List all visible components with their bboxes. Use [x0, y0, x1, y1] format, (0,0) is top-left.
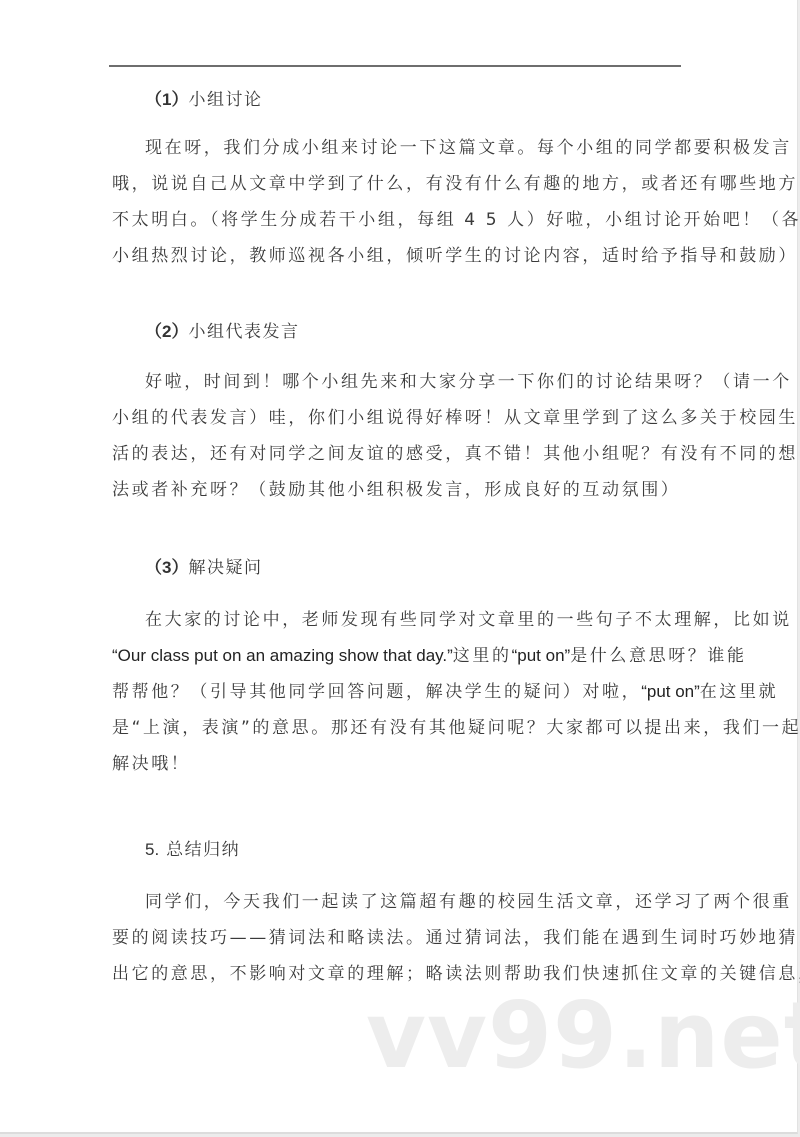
heading-text: 小组代表发言: [188, 322, 299, 342]
heading-number: （1）: [145, 90, 188, 109]
document-page: （1）小组讨论 现在呀，我们分成小组来讨论一下这篇文章。每个小组的同学都要积极发…: [0, 0, 798, 1134]
heading-number: 5.: [145, 840, 159, 859]
heading-number: （3）: [145, 558, 188, 577]
heading-text: 总结归纳: [159, 840, 240, 860]
text-line-mixed: 帮帮他？（引导其他同学回答问题，解决学生的疑问）对啦，“put on”在这里就: [112, 674, 684, 710]
section-heading-summary: 5. 总结归纳: [112, 832, 717, 868]
text-line: 小组的代表发言）哇，你们小组说得好棒呀！从文章里学到了这么多关于校园生: [112, 400, 684, 436]
section-heading-group-discussion: （1）小组讨论: [112, 82, 717, 118]
heading-number: （2）: [145, 322, 188, 341]
section-heading-resolve-questions: （3）解决疑问: [112, 550, 717, 586]
text-fragment: 是什么意思呀？谁能: [570, 646, 746, 666]
paragraph-group-representative: 好啦，时间到！哪个小组先来和大家分享一下你们的讨论结果呀？（请一个 小组的代表发…: [112, 364, 684, 508]
heading-text: 小组讨论: [188, 90, 262, 110]
text-line: 是“上演，表演”的意思。那还有没有其他疑问呢？大家都可以提出来，我们一起: [112, 710, 684, 746]
text-line: 法或者补充呀？（鼓励其他小组积极发言，形成良好的互动氛围）: [112, 472, 684, 508]
text-fragment: 在这里就: [700, 682, 778, 702]
text-line: 哦，说说自己从文章中学到了什么，有没有什么有趣的地方，或者还有哪些地方: [112, 166, 684, 202]
english-quote: “Our class put on an amazing show that d…: [112, 646, 453, 665]
text-line: 活的表达，还有对同学之间友谊的感受，真不错！其他小组呢？有没有不同的想: [112, 436, 684, 472]
english-phrase: “put on”: [641, 682, 700, 701]
paragraph-resolve-questions: 在大家的讨论中，老师发现有些同学对文章里的一些句子不太理解，比如说 “Our c…: [112, 602, 684, 782]
heading-text: 解决疑问: [188, 558, 262, 578]
english-phrase: “put on”: [512, 646, 571, 665]
section-heading-group-representative: （2）小组代表发言: [112, 314, 717, 350]
text-line: 现在呀，我们分成小组来讨论一下这篇文章。每个小组的同学都要积极发言: [112, 130, 684, 166]
header-divider: [109, 65, 681, 67]
text-line: 在大家的讨论中，老师发现有些同学对文章里的一些句子不太理解，比如说: [112, 602, 684, 638]
text-line: 解决哦！: [112, 746, 684, 782]
text-fragment: 帮帮他？（引导其他同学回答问题，解决学生的疑问）对啦，: [112, 682, 641, 702]
text-line: 要的阅读技巧——猜词法和略读法。通过猜词法，我们能在遇到生词时巧妙地猜: [112, 920, 684, 956]
text-line: 同学们，今天我们一起读了这篇超有趣的校园生活文章，还学习了两个很重: [112, 884, 684, 920]
watermark: vv99.net: [366, 990, 800, 1082]
text-fragment: 这里的: [453, 646, 512, 666]
paragraph-group-discussion: 现在呀，我们分成小组来讨论一下这篇文章。每个小组的同学都要积极发言 哦，说说自己…: [112, 130, 684, 274]
text-line: 不太明白。（将学生分成若干小组，每组 4 5 人）好啦，小组讨论开始吧！（各: [112, 202, 684, 238]
text-line-mixed: “Our class put on an amazing show that d…: [112, 638, 684, 674]
paragraph-summary: 同学们，今天我们一起读了这篇超有趣的校园生活文章，还学习了两个很重 要的阅读技巧…: [112, 884, 684, 992]
text-line: 好啦，时间到！哪个小组先来和大家分享一下你们的讨论结果呀？（请一个: [112, 364, 684, 400]
text-line: 小组热烈讨论，教师巡视各小组，倾听学生的讨论内容，适时给予指导和鼓励）: [112, 238, 684, 274]
